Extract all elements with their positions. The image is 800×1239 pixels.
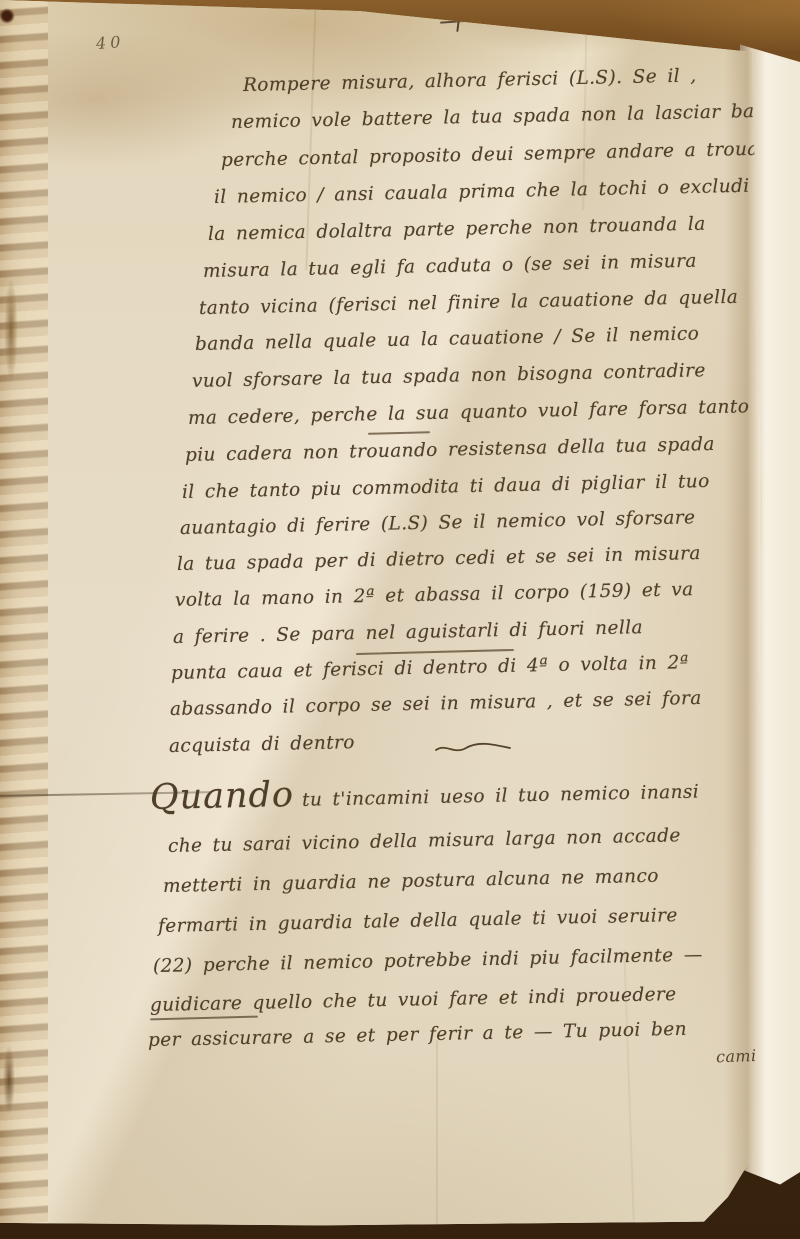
manuscript-page: 40 Rompere misura, alhora ferisci (L.S).… bbox=[0, 0, 800, 1239]
text-line: abassando il corpo se sei in misura , et… bbox=[170, 688, 702, 721]
text-line: che tu sarai vicino della misura larga n… bbox=[168, 825, 681, 858]
ink-flourish bbox=[434, 742, 514, 756]
text-line: volta la mano in 2ª et abassa il corpo (… bbox=[175, 579, 694, 612]
text-line: punta caua et ferisci di dentro di 4ª o … bbox=[171, 652, 689, 685]
text-line: fermarti in guardia tale della quale ti … bbox=[158, 905, 678, 938]
text-line: per assicurare a se et per ferir a te — … bbox=[148, 1019, 687, 1052]
paragraph-initial: Quando bbox=[150, 775, 295, 818]
text-line: guidicare quello che tu vuoi fare et ind… bbox=[150, 984, 677, 1017]
text-line: misura la tua egli fa caduta o (se sei i… bbox=[203, 251, 697, 283]
text-line: vuol sforsare la tua spada non bisogna c… bbox=[192, 360, 706, 393]
text-line: acquista di dentro bbox=[169, 732, 355, 758]
text-line: auantagio di ferire (L.S) Se il nemico v… bbox=[180, 507, 696, 540]
text-line: banda nella quale ua la cauatione / Se i… bbox=[195, 323, 700, 356]
text-line-rest: tu t'incamini ueso il tuo nemico inansi bbox=[302, 781, 699, 810]
text-line: tanto vicina (ferisci nel finire la caua… bbox=[199, 287, 739, 320]
manuscript-photo: 40 Rompere misura, alhora ferisci (L.S).… bbox=[0, 0, 800, 1239]
text-line: (22) perche il nemico potrebbe indi piu … bbox=[153, 944, 703, 978]
ink-underline bbox=[368, 431, 430, 435]
text-block: Rompere misura, alhora ferisci (L.S). Se… bbox=[0, 0, 800, 1239]
text-line: a ferire . Se para nel aguistarli di fuo… bbox=[173, 617, 643, 649]
text-line: perche contal proposito deui sempre anda… bbox=[221, 138, 780, 172]
text-line: nemico vole battere la tua spada non la … bbox=[231, 100, 791, 134]
text-line: la nemica dolaltra parte perche non trou… bbox=[208, 214, 706, 246]
text-line: ma cedere, perche la sua quanto vuol far… bbox=[188, 396, 750, 430]
text-line: il nemico / ansi cauala prima che la toc… bbox=[214, 176, 750, 209]
text-line: piu cadera non trouando resistensa della… bbox=[185, 434, 715, 467]
text-line: Quandotu t'incamini ueso il tuo nemico i… bbox=[150, 777, 700, 815]
text-line: metterti in guardia ne postura alcuna ne… bbox=[163, 866, 659, 898]
text-line: la tua spada per di dietro cedi et se se… bbox=[177, 543, 701, 576]
text-line: Rompere misura, alhora ferisci (L.S). Se… bbox=[243, 66, 697, 97]
text-line: il che tanto piu commodita ti daua di pi… bbox=[182, 471, 710, 504]
ink-underline bbox=[356, 649, 514, 655]
